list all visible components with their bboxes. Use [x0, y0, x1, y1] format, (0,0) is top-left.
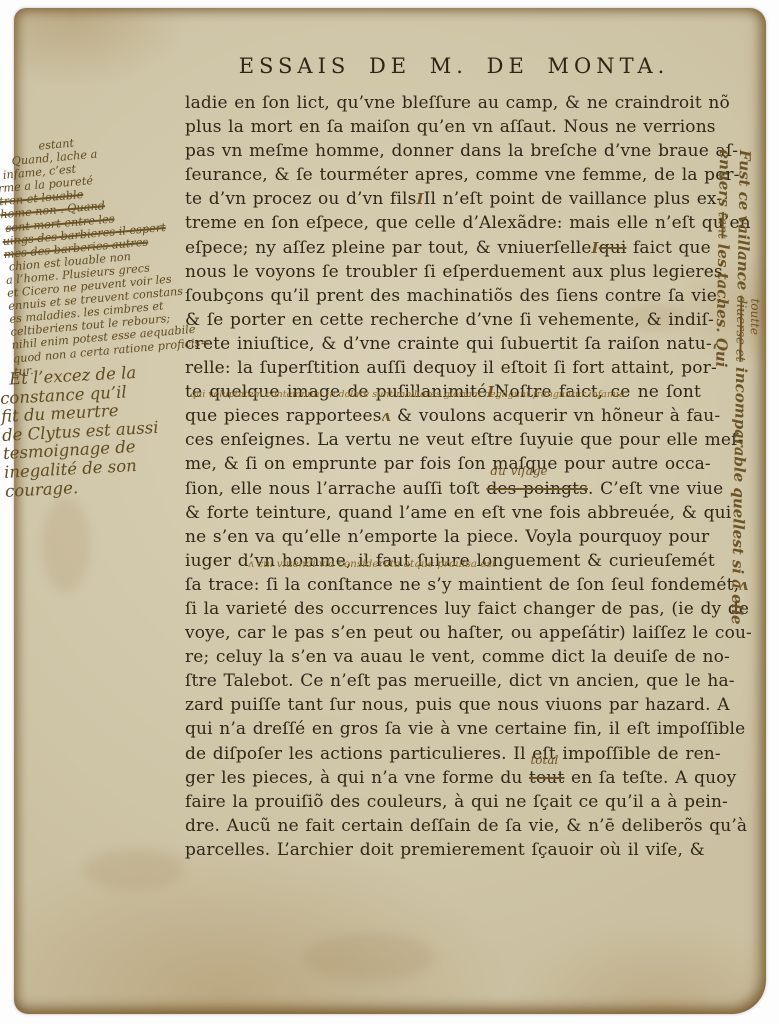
printed-text: treme en ſon eſpece, que celle d’Alexãdr…: [185, 213, 751, 233]
printed-text: faict que: [626, 238, 710, 258]
text-line: eſpece; ny aſſez pleine par tout, & vniu…: [185, 236, 701, 260]
printed-text: ſa trace: ſi la conſtance ne s’y maintie…: [185, 575, 739, 595]
printed-text: parcelles. L’archier doit premierement ſ…: [185, 840, 705, 860]
text-line: voye, car le pas s’en peut ou haſter, ou…: [185, 621, 701, 645]
interlinear-note: qui voluptatem contemnunt in dolore sunt…: [190, 389, 625, 400]
text-line: ſa trace: ſi la conſtance ne s’y maintie…: [185, 573, 701, 597]
printed-text: zard puiſſe tant ſur nous, puis que nous…: [185, 695, 730, 715]
text-line: qui n’a dreſſé en gros ſa vie à vne cert…: [185, 717, 701, 741]
text-line: que pieces rapporteesʌ & voulons acqueri…: [185, 404, 701, 428]
text-line: treme en ſon eſpece, que celle d’Alexãdr…: [185, 211, 701, 235]
printed-text: nous le voyons ſe troubler ſi eſperdueme…: [185, 262, 723, 282]
text-line: ſtre Talebot. Ce n’eſt pas merueille, di…: [185, 669, 701, 693]
text-line: re; celuy la s’en va auau le vent, comme…: [185, 645, 701, 669]
text-line: ces enſeignes. La vertu ne veut eſtre ſu…: [185, 428, 701, 452]
text-line: ladie en ſon lict, qu’vne bleſſure au ca…: [185, 91, 701, 115]
printed-text: ſion, elle nous l’arrache auſſi toſt: [185, 479, 486, 499]
text-line: & ſe porter en cette recherche d’vne ſi …: [185, 308, 701, 332]
text-line: plus la mort en ſa maiſon qu’en vn aſſau…: [185, 115, 701, 139]
text-line: ſeurance, & ſe tourméter apres, comme vn…: [185, 163, 701, 187]
text-line: faire la prouiſiõ des couleurs, à qui ne…: [185, 790, 701, 814]
text-line: me, & ſi on emprunte par fois ſon maſque…: [185, 452, 701, 476]
corrected-word: diuerse ettoutte: [732, 296, 748, 362]
printed-text: qui: [599, 238, 627, 258]
running-header: ESSAIS DE M. DE MONTA.: [164, 54, 744, 78]
interlinear-note: ʌ cui viuendi via considerata atque prou…: [248, 558, 496, 570]
text-line: pas vn meſme homme, donner dans la breſc…: [185, 139, 701, 163]
paper-stain: [84, 848, 184, 890]
printed-text: & voulons acquerir vn hõneur à fau-: [390, 406, 720, 426]
printed-text: ſi la varieté des occurrences luy faict …: [185, 599, 749, 619]
printed-text: ſeurance, & ſe tourméter apres, comme vn…: [185, 165, 740, 185]
printed-text: de diſpoſer les actions particulieres. I…: [185, 744, 721, 764]
printed-text: voye, car le pas s’en peut ou haſter, ou…: [185, 623, 752, 643]
printed-text: relle: la ſuperſtition auſſi dequoy il e…: [185, 358, 717, 378]
corrected-word: des poingtsdu viſage: [486, 479, 588, 499]
printed-text: qui n’a dreſſé en gros ſa vie à vne cert…: [185, 719, 745, 739]
text-line: te d’vn procez ou d’vn filsIIl n’eſt poi…: [185, 187, 701, 211]
printed-text: ſtre Talebot. Ce n’eſt pas merueille, di…: [185, 671, 735, 691]
book-page: ESSAIS DE M. DE MONTA. ladie en ſon lict…: [14, 8, 766, 1014]
printed-text: & forte teinture, quand l’ame en eſt vne…: [185, 503, 731, 523]
printed-text: Il n’eſt point de vaillance plus ex-: [424, 189, 723, 209]
printed-text: dre. Aucũ ne fait certain deſſain de ſa …: [185, 816, 747, 836]
text-line: dre. Aucũ ne fait certain deſſain de ſa …: [185, 814, 701, 838]
text-line: & forte teinture, quand l’ame en eſt vne…: [185, 501, 701, 525]
printed-text: en ſa teſte. A quoy: [565, 768, 737, 788]
printed-text: pas vn meſme homme, donner dans la breſc…: [185, 141, 738, 161]
right-margin-annotation: Fust ce vaillance diuerse ettoutte incom…: [704, 149, 754, 750]
text-line: ger les pieces, à qui n’a vne forme du t…: [185, 766, 701, 790]
paper-stain: [42, 498, 90, 593]
text-line: parcelles. L’archier doit premierement ſ…: [185, 838, 701, 862]
printed-text: faire la prouiſiõ des couleurs, à qui ne…: [185, 792, 728, 812]
text-line: de diſpoſer les actions particulieres. I…: [185, 742, 701, 766]
handwritten-mark: enuers: [715, 149, 734, 212]
printed-text: ladie en ſon lict, qu’vne bleſſure au ca…: [185, 93, 730, 113]
printed-text: & ſe porter en cette recherche d’vne ſi …: [185, 310, 714, 330]
printed-text: eſpece; ny aſſez pleine par tout, & vniu…: [185, 238, 592, 258]
handwritten-correction: total: [530, 748, 558, 772]
left-margin-annotation-upper: estantQuand, lache ainfame, c’estrme a l…: [0, 127, 199, 378]
printed-text: ces enſeignes. La vertu ne veut eſtre ſu…: [185, 430, 743, 450]
text-line: nous le voyons ſe troubler ſi eſperdueme…: [185, 260, 701, 284]
printed-text: que pieces rapportees: [185, 406, 382, 426]
printed-text: ſoubçons qu’il prent des machinatiõs des…: [185, 286, 722, 306]
printed-text: crete iniuſtice, & d’vne crainte qui ſub…: [185, 334, 712, 354]
text-line: ne s’en va qu’elle n’emporte la piece. V…: [185, 525, 701, 549]
printed-text: te d’vn procez ou d’vn fils: [185, 189, 417, 209]
printed-text: ger les pieces, à qui n’a vne forme du: [185, 768, 529, 788]
main-text-block: ladie en ſon lict, qu’vne bleſſure au ca…: [185, 91, 701, 862]
text-line: zard puiſſe tant ſur nous, puis que nous…: [185, 693, 701, 717]
left-margin-annotation-lower: Et l’excez de laconstance qu’ilfit du me…: [0, 361, 195, 501]
handwritten-mark: tant: [714, 212, 729, 239]
printed-text: ne s’en va qu’elle n’emporte la piece. V…: [185, 527, 709, 547]
printed-text: re; celuy la s’en va auau le vent, comme…: [185, 647, 730, 667]
text-line: ſi la varieté des occurrences luy faict …: [185, 597, 701, 621]
photo-background: ESSAIS DE M. DE MONTA. ladie en ſon lict…: [0, 0, 779, 1024]
text-line: ſoubçons qu’il prent des machinatiõs des…: [185, 284, 701, 308]
handwritten-mark: I: [592, 239, 599, 257]
printed-text: . C’eſt vne viue: [588, 479, 723, 499]
handwritten-correction: du viſage: [490, 459, 547, 483]
handwritten-mark: Fust ce vaillance: [733, 150, 754, 296]
corrected-word: touttotal: [529, 768, 564, 788]
text-line: relle: la ſuperſtition auſſi dequoy il e…: [185, 356, 701, 380]
text-line: ſion, elle nous l’arrache auſſi toſt des…: [185, 477, 701, 501]
handwritten-mark: les taches. Qui: [712, 238, 732, 367]
handwritten-mark: I: [417, 190, 424, 208]
printed-text: me, & ſi on emprunte par fois ſon maſque…: [185, 454, 711, 474]
printed-text: plus la mort en ſa maiſon qu’en vn aſſau…: [185, 117, 716, 137]
handwritten-correction: toutte: [744, 298, 764, 335]
text-line: crete iniuſtice, & d’vne crainte qui ſub…: [185, 332, 701, 356]
paper-stain: [304, 933, 434, 981]
